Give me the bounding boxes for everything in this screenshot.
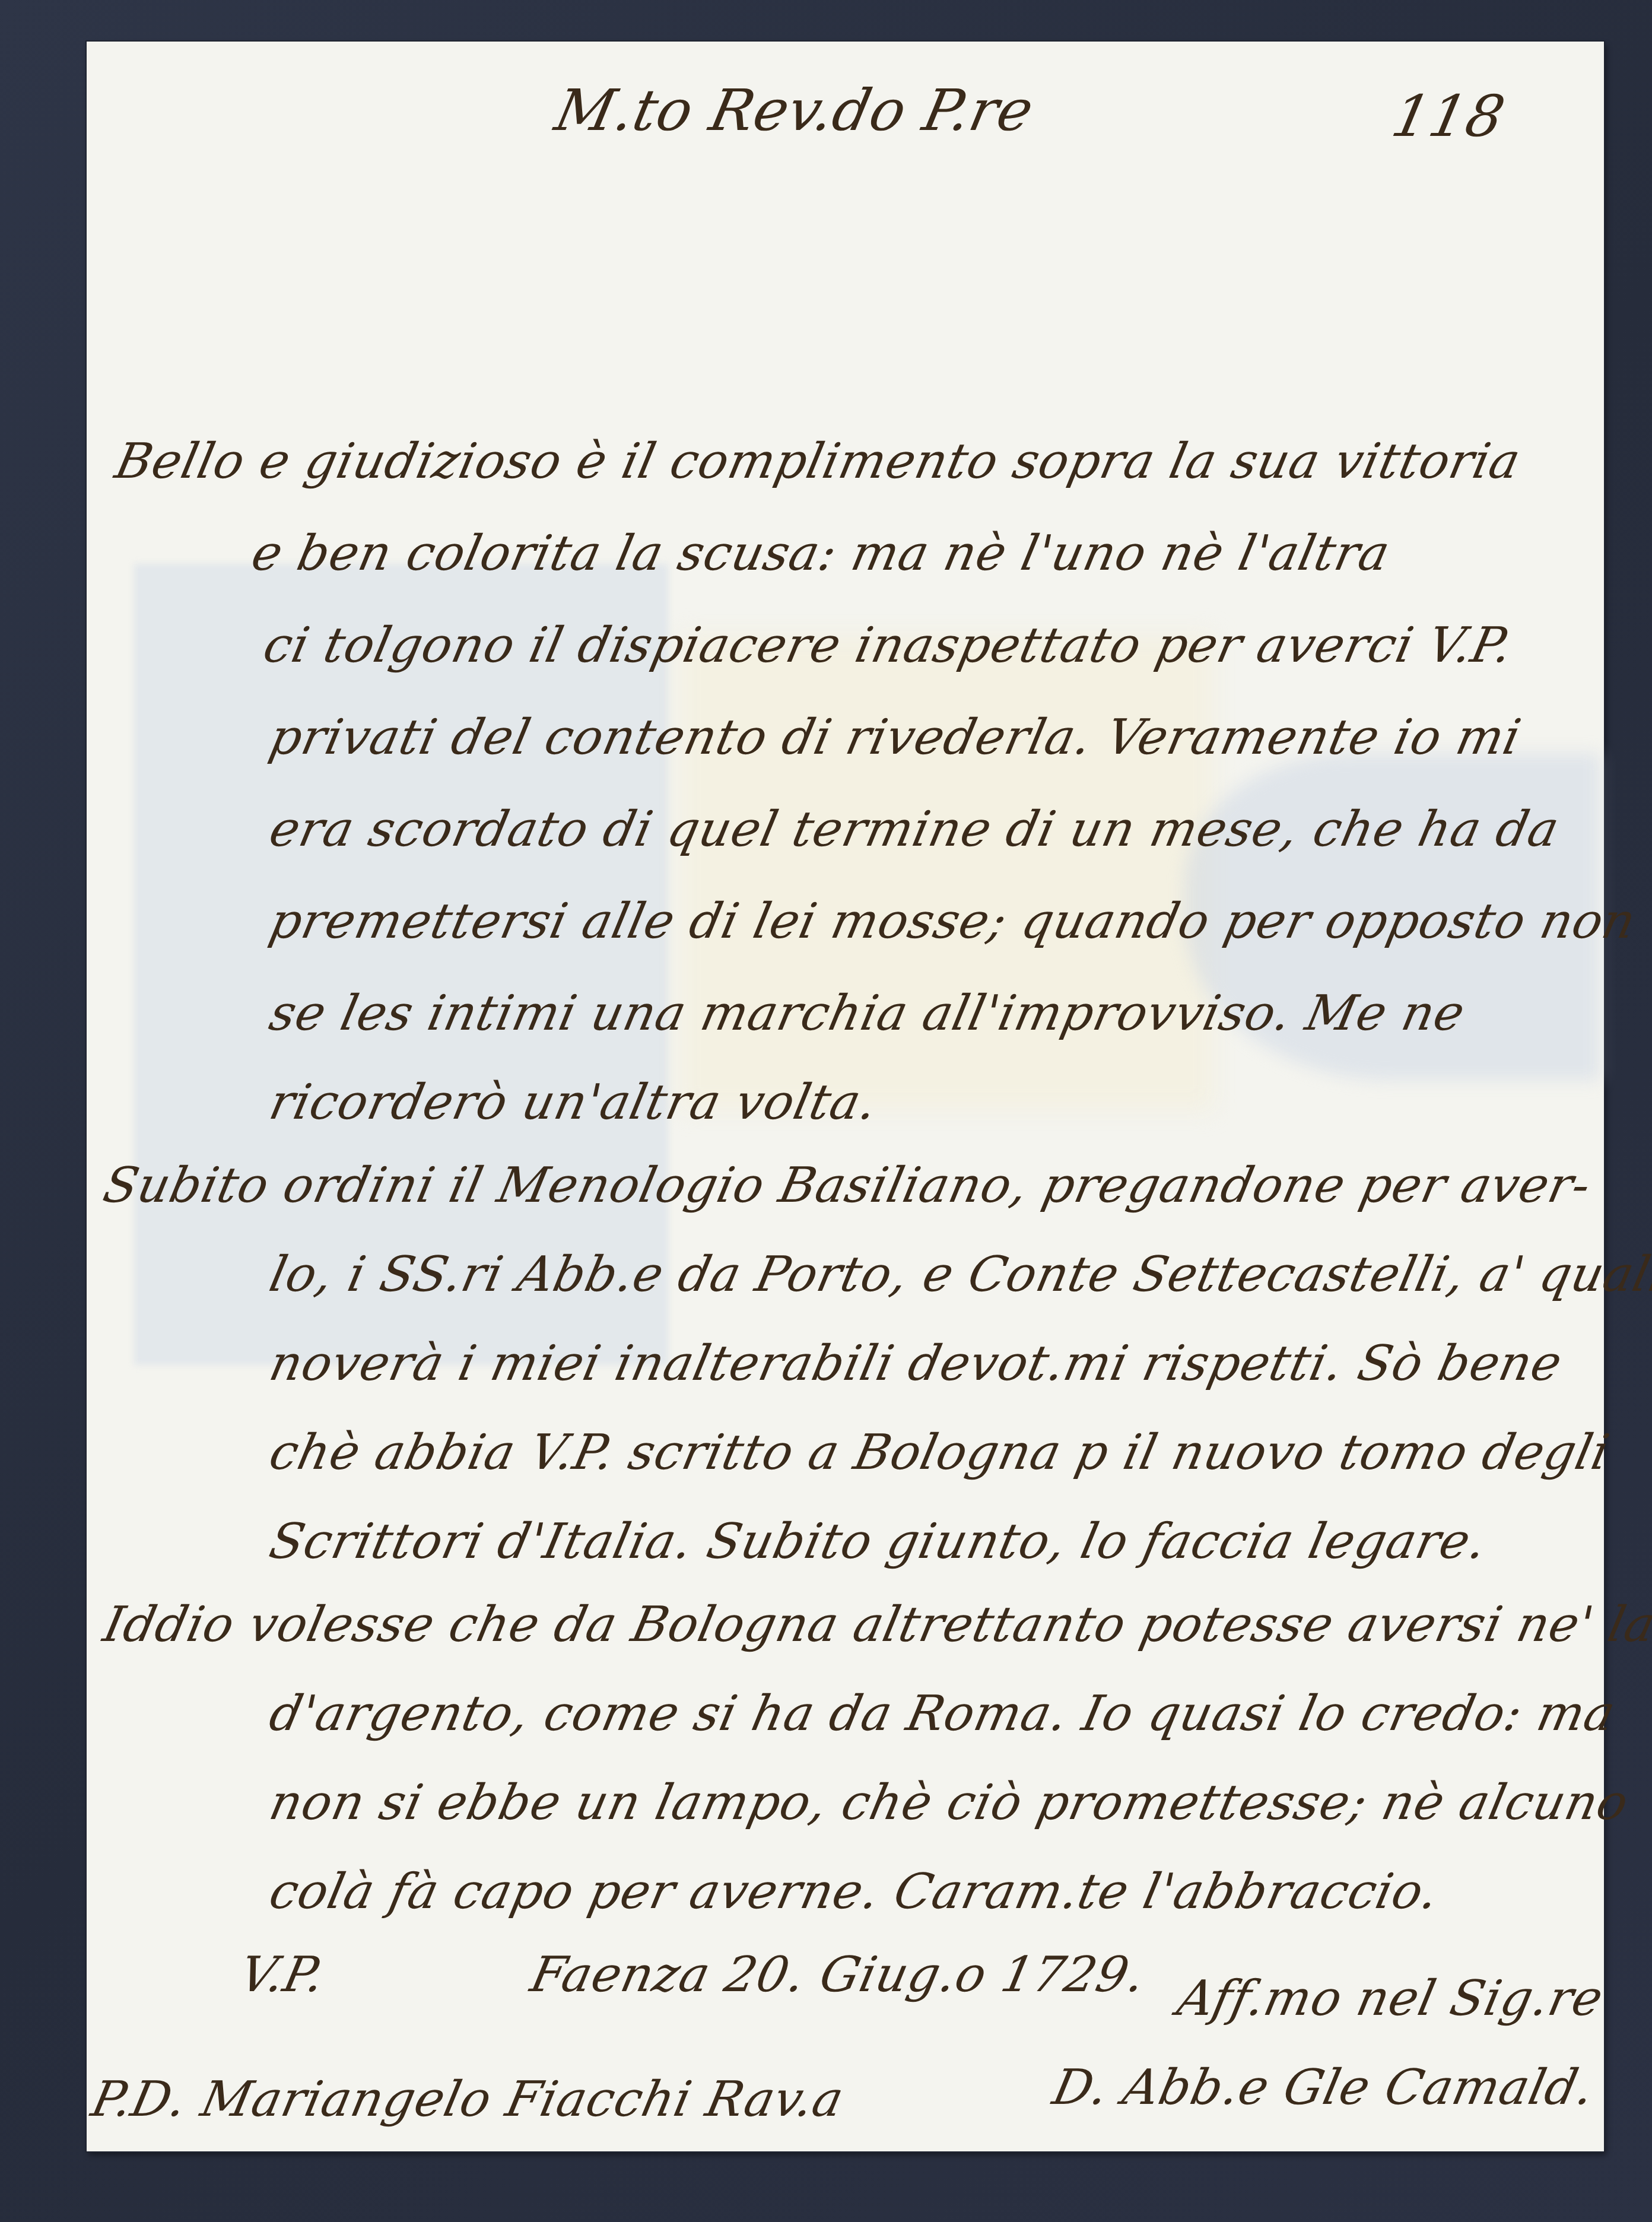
addressee: P.D. Mariangelo Fiacchi Rav.a: [87, 2071, 849, 2128]
text-line: Scrittori d'Italia. Subito giunto, lo fa…: [265, 1513, 1492, 1570]
signature: D. Abb.e Gle Camald.: [1048, 2059, 1599, 2116]
text-line: d'argento, come si ha da Roma. Io quasi …: [265, 1685, 1621, 1742]
text-line: ricorderò un'altra volta.: [265, 1074, 882, 1131]
paper-shadow-left: [134, 564, 668, 1365]
text-line: colà fà capo per averne. Caram.te l'abbr…: [265, 1864, 1444, 1920]
letter-page: M.to Rev.do P.re 118 Bello e giudizioso …: [87, 42, 1604, 2151]
text-line: ci tolgono il dispiacere inaspettato per…: [259, 617, 1517, 674]
valediction: Aff.mo nel Sig.re: [1173, 1970, 1608, 2027]
folio-number: 118: [1386, 83, 1511, 150]
text-line: noverà i miei inalterabili devot.mi risp…: [265, 1335, 1567, 1392]
closing-abbreviation: V.P.: [235, 1947, 330, 2003]
text-line: e ben colorita la scusa: ma nè l'uno nè …: [247, 525, 1395, 582]
salutation: M.to Rev.do P.re: [549, 77, 1040, 144]
text-line: non si ebbe un lampo, chè ciò promettess…: [265, 1775, 1634, 1831]
text-line: se les intimi una marchia all'improvviso…: [265, 985, 1470, 1042]
text-line: lo, i SS.ri Abb.e da Porto, e Conte Sett…: [265, 1246, 1652, 1303]
text-line: Subito ordini il Menologio Basiliano, pr…: [99, 1157, 1596, 1214]
text-line: Iddio volesse che da Bologna altrettanto…: [99, 1596, 1652, 1653]
text-line: premettersi alle di lei mosse; quando pe…: [265, 893, 1641, 950]
text-line: chè abbia V.P. scritto a Bologna p il nu…: [265, 1424, 1615, 1481]
text-line: privati del contento di rivederla. Veram…: [265, 709, 1526, 766]
place-date: Faenza 20. Giug.o 1729.: [526, 1947, 1151, 2003]
text-line: Bello e giudizioso è il complimento sopr…: [110, 433, 1526, 490]
text-line: era scordato di quel termine di un mese,…: [265, 801, 1564, 858]
